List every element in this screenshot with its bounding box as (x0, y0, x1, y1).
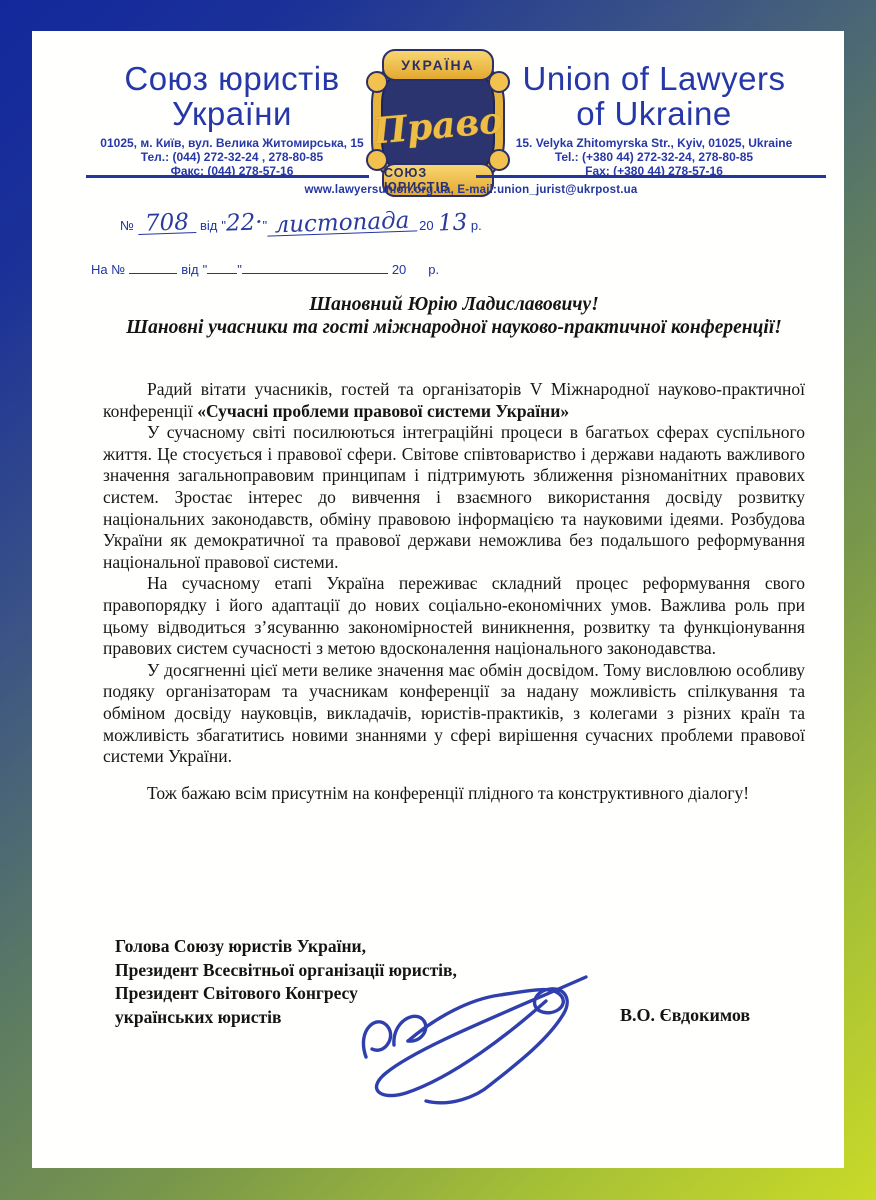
paragraph-4: У досягненні цієї мети велике значення м… (103, 660, 805, 768)
letterhead-left: Союз юристів України 01025, м. Київ, вул… (82, 61, 382, 178)
org-title-en: Union of Lawyers of Ukraine (494, 61, 814, 131)
handwritten-month: листопада (267, 210, 418, 236)
header-divider-right (476, 175, 826, 178)
blank-day-field (207, 261, 237, 274)
vid-label: від (181, 262, 198, 277)
paragraph-3: На сучасному етапі Україна переживає скл… (103, 573, 805, 659)
address-line-ua: 01025, м. Київ, вул. Велика Житомирська,… (82, 136, 382, 150)
scanned-letter-sheet: Союз юристів України 01025, м. Київ, вул… (0, 0, 876, 1200)
paragraph-1: Радий вітати учасників, гостей та органі… (103, 379, 805, 422)
year-printed: 20 (392, 262, 406, 277)
r-label: р. (471, 218, 482, 233)
org-address-en: 15. Velyka Zhitomyrska Str., Kyiv, 01025… (494, 136, 814, 178)
salutation: Шановний Юрію Ладиславовичу! Шановні уча… (103, 293, 805, 339)
blank-month-field (242, 261, 388, 274)
org-title-en-line2: of Ukraine (494, 96, 814, 131)
conference-title-bold: «Сучасні проблеми правової системи Украї… (197, 401, 569, 421)
letterhead-right: Union of Lawyers of Ukraine 15. Velyka Z… (494, 61, 814, 178)
org-address-ua: 01025, м. Київ, вул. Велика Житомирська,… (82, 136, 382, 178)
handwritten-year: 13 (437, 212, 467, 233)
na-no-label: На № (91, 262, 125, 277)
tel-line-ua: Тел.: (044) 272-32-24 , 278-80-85 (82, 150, 382, 164)
blank-number-field (129, 261, 177, 274)
signature-name: В.О. Євдокимов (620, 1005, 750, 1026)
r-label: р. (428, 262, 439, 277)
signature-stroke (363, 1022, 390, 1057)
address-line-en: 15. Velyka Zhitomyrska Str., Kyiv, 01025… (494, 136, 814, 150)
org-title-ua: Союз юристів України (82, 61, 382, 131)
paragraph-2: У сучасному світі посилюються інтеграцій… (103, 422, 805, 573)
year-printed: 20 (419, 218, 433, 233)
org-title-ua-line1: Союз юристів (82, 61, 382, 96)
vid-label: від (200, 218, 217, 233)
header-divider-left (86, 175, 369, 178)
signature-title-line: Голова Союзу юристів України, (115, 935, 457, 959)
ref-number-line: № 708 від " 22· " листопада 20 13 р. (116, 213, 486, 234)
ref-reply-line: На № від " " 20 р. (87, 261, 443, 277)
handwritten-signature (342, 959, 602, 1119)
org-title-en-line1: Union of Lawyers (494, 61, 814, 96)
website-email-line: www.lawyersunion.org.ua, E-mail:union_ju… (32, 184, 844, 196)
handwritten-number: 708 (138, 212, 197, 235)
tel-line-en: Tel.: (+380 44) 272-32-24, 278-80-85 (494, 150, 814, 164)
signature-stroke (377, 977, 586, 1096)
paragraph-5: Тож бажаю всім присутнім на конференції … (103, 783, 805, 805)
letter-page: Союз юристів України 01025, м. Київ, вул… (32, 31, 844, 1168)
letter-body: Радий вітати учасників, гостей та органі… (103, 379, 805, 804)
no-label: № (120, 218, 134, 233)
salutation-line2: Шановні учасники та гості міжнародної на… (103, 316, 805, 339)
handwritten-day: 22· (226, 212, 263, 233)
org-title-ua-line2: України (82, 96, 382, 131)
salutation-line1: Шановний Юрію Ладиславовичу! (103, 293, 805, 316)
emblem-top-banner: УКРАЇНА (382, 49, 494, 81)
